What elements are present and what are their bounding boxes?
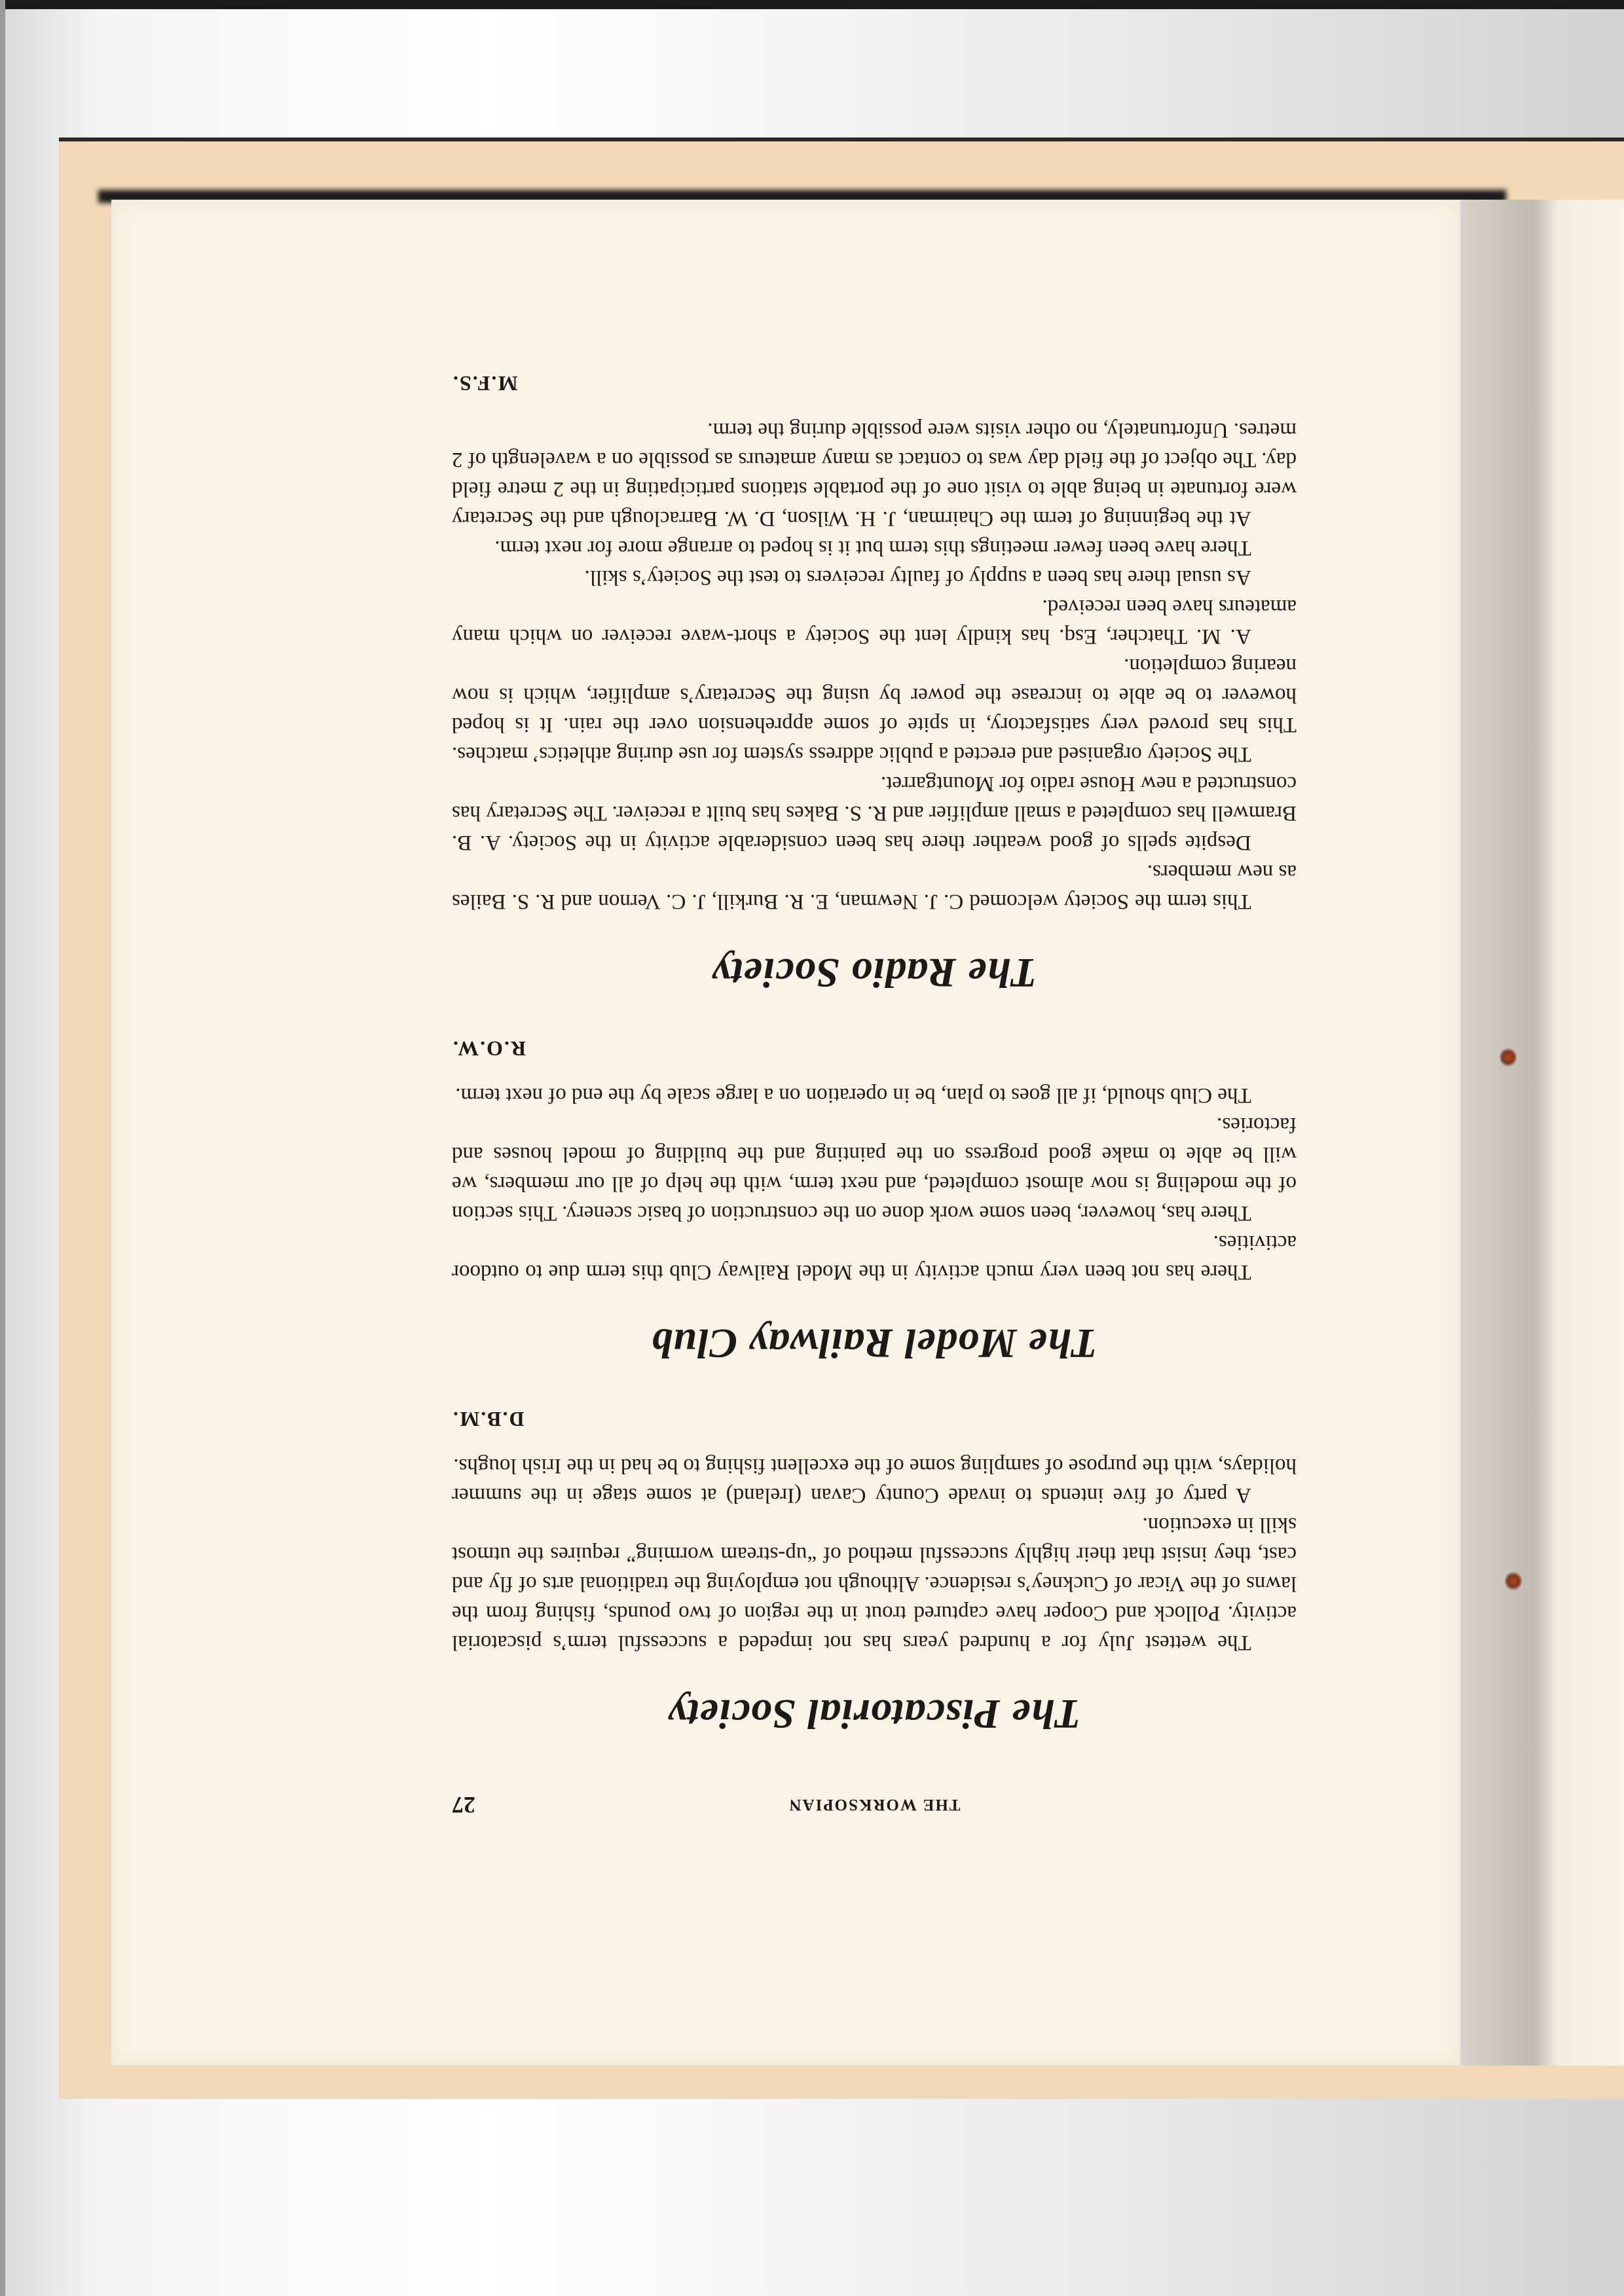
- paragraph: Despite spells of good weather there has…: [452, 769, 1297, 857]
- paragraph: There have been fewer meetings this term…: [452, 533, 1297, 562]
- paragraph: The wettest July for a hundred years has…: [452, 1510, 1297, 1657]
- paragraph: A. M. Thatcher, Esq. has kindly lent the…: [452, 592, 1297, 651]
- signature: M.F.S.: [452, 371, 1297, 395]
- section-title: The Piscatorial Society: [452, 1690, 1297, 1738]
- signature: R.O.W.: [452, 1036, 1297, 1061]
- book-gutter: [1460, 200, 1624, 2066]
- section-radio-society: The Radio Society This term the Society …: [452, 371, 1297, 997]
- running-head: THE WORKSOPIAN 27: [452, 1787, 1297, 1813]
- paragraph: The Society organised and erected a publ…: [452, 651, 1297, 769]
- rust-spot: [1505, 1571, 1522, 1591]
- section-piscatorial-society: The Piscatorial Society The wettest July…: [452, 1407, 1297, 1738]
- section-title: The Radio Society: [452, 949, 1297, 997]
- paragraph: As usual there has been a supply of faul…: [452, 562, 1297, 592]
- paragraph: There has not been very much activity in…: [452, 1228, 1297, 1286]
- section-title: The Model Railway Club: [452, 1319, 1297, 1368]
- scanner-edge-top: [0, 0, 1624, 9]
- scanner-edge-left: [0, 0, 5, 2296]
- page-number: 27: [452, 1791, 475, 1819]
- running-title: THE WORKSOPIAN: [452, 1795, 1297, 1813]
- paragraph: At the beginning of term the Chairman, J…: [452, 415, 1297, 533]
- page-content: THE WORKSOPIAN 27 The Piscatorial Societ…: [111, 200, 1460, 2066]
- paragraph: There has, however, been some work done …: [452, 1110, 1297, 1228]
- text-column: The Piscatorial Society The wettest July…: [452, 358, 1297, 1777]
- section-model-railway-club: The Model Railway Club There has not bee…: [452, 1036, 1297, 1368]
- paragraph: A party of five intends to invade County…: [452, 1451, 1297, 1510]
- paragraph: This term the Society welcomed C. J. New…: [452, 857, 1297, 916]
- paragraph: The Club should, if all goes to plan, be…: [452, 1080, 1297, 1110]
- signature: D.B.M.: [452, 1407, 1297, 1431]
- rust-spot: [1500, 1048, 1517, 1067]
